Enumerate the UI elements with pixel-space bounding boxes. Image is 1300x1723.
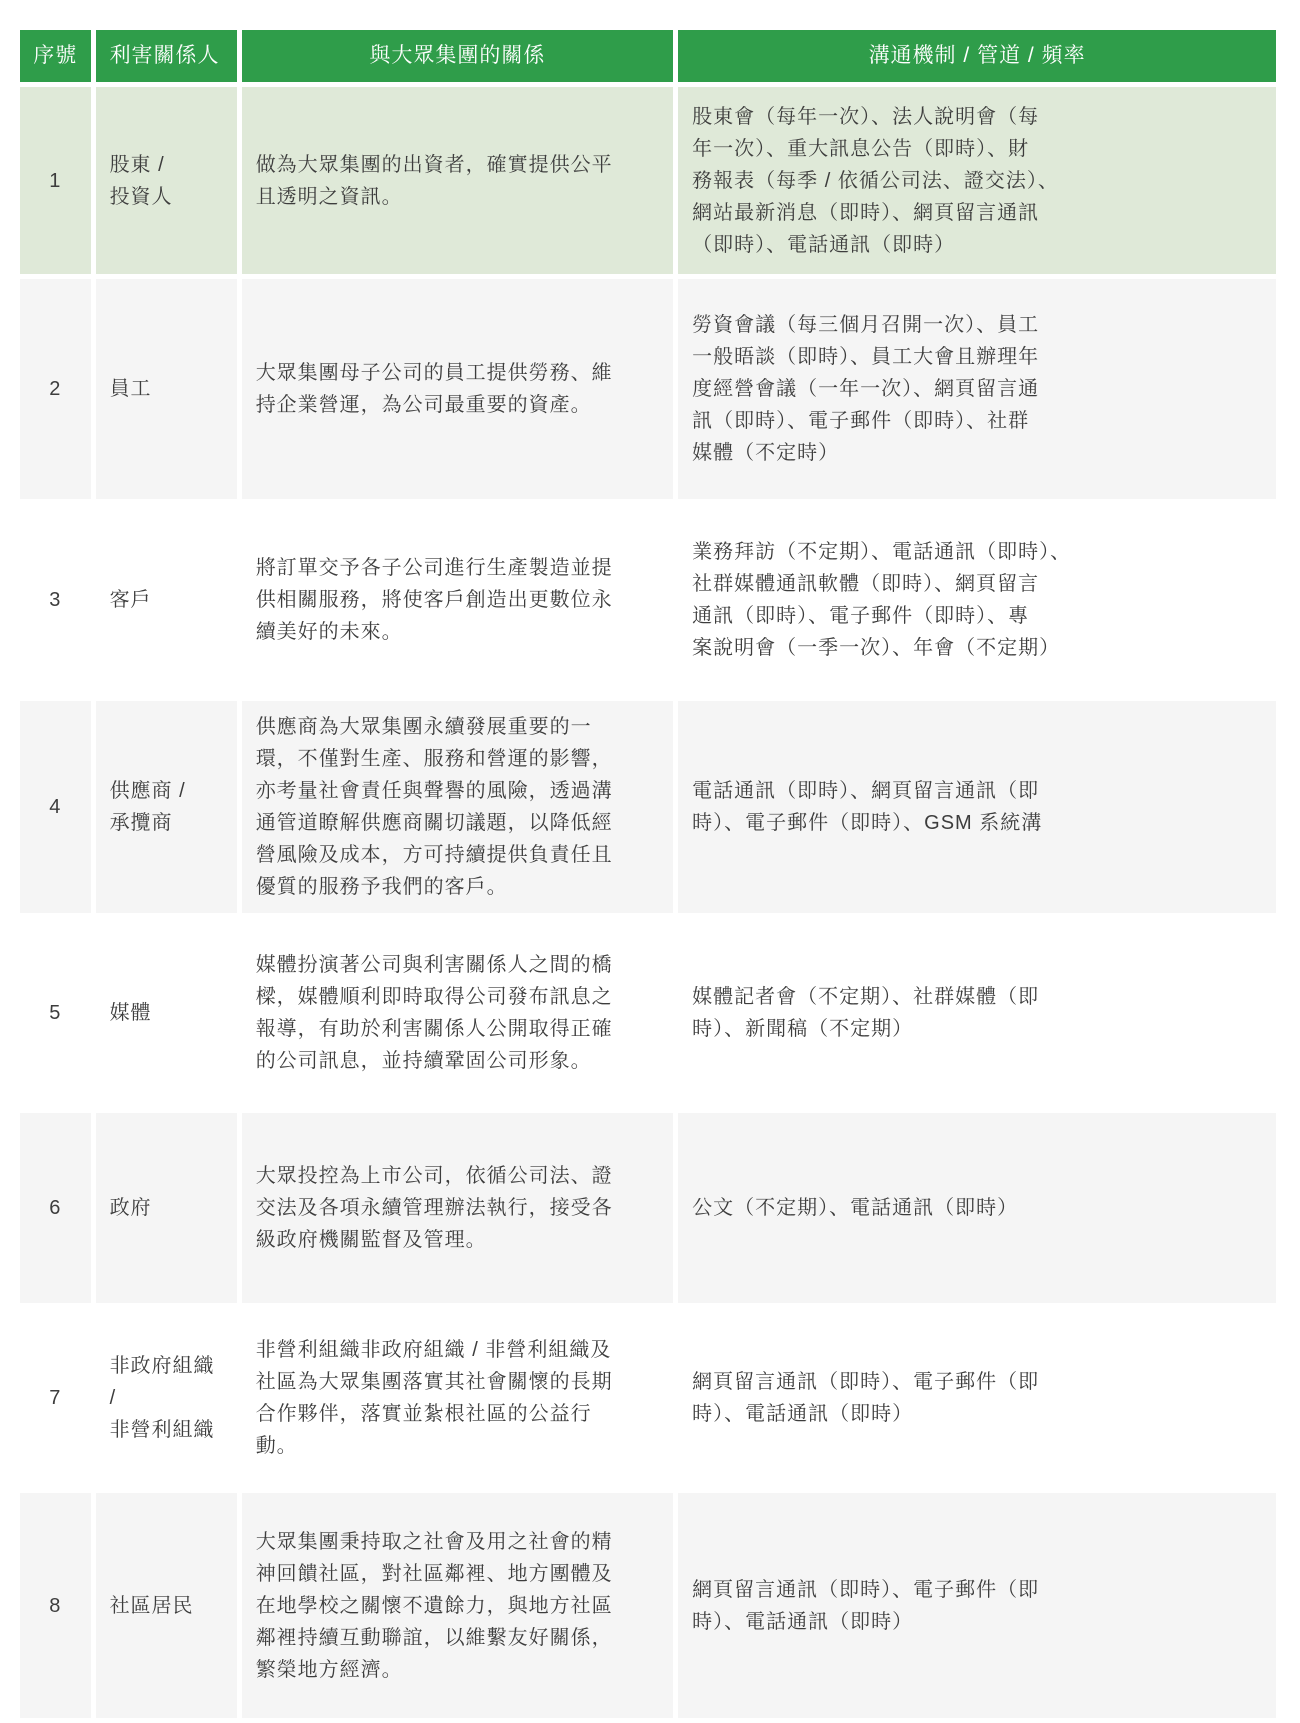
row-stakeholder: 非政府組織 / 非營利組織 xyxy=(96,1308,237,1488)
row-channels: 網頁留言通訊（即時）、電子郵件（即 時）、電話通訊（即時） xyxy=(678,1493,1276,1718)
row-relationship: 大眾集團秉持取之社會及用之社會的精 神回饋社區，對社區鄰裡、地方團體及 在地學校… xyxy=(242,1493,673,1718)
row-channels: 網頁留言通訊（即時）、電子郵件（即 時）、電話通訊（即時） xyxy=(678,1308,1276,1488)
row-relationship: 將訂單交予各子公司進行生產製造並提 供相關服務，將使客戶創造出更數位永 續美好的… xyxy=(242,504,673,696)
row-channels: 媒體記者會（不定期）、社群媒體（即 時）、新聞稿（不定期） xyxy=(678,918,1276,1108)
table-row: 3 客戶 將訂單交予各子公司進行生產製造並提 供相關服務，將使客戶創造出更數位永… xyxy=(20,504,1276,696)
row-relationship: 大眾投控為上市公司，依循公司法、證 交法及各項永續管理辦法執行，接受各 級政府機… xyxy=(242,1113,673,1303)
table-row: 7 非政府組織 / 非營利組織 非營利組織非政府組織 / 非營利組織及 社區為大… xyxy=(20,1308,1276,1488)
table-header-row: 序號 利害關係人 與大眾集團的關係 溝通機制 / 管道 / 頻率 xyxy=(20,30,1276,82)
row-relationship: 大眾集團母子公司的員工提供勞務、維 持企業營運，為公司最重要的資產。 xyxy=(242,279,673,499)
row-relationship: 媒體扮演著公司與利害關係人之間的橋 樑，媒體順利即時取得公司發布訊息之 報導，有… xyxy=(242,918,673,1108)
row-relationship: 非營利組織非政府組織 / 非營利組織及 社區為大眾集團落實其社會關懷的長期 合作… xyxy=(242,1308,673,1488)
row-serial: 5 xyxy=(20,918,91,1108)
table-row: 8 社區居民 大眾集團秉持取之社會及用之社會的精 神回饋社區，對社區鄰裡、地方團… xyxy=(20,1493,1276,1718)
header-channels: 溝通機制 / 管道 / 頻率 xyxy=(678,30,1276,82)
row-serial: 2 xyxy=(20,279,91,499)
table-row: 5 媒體 媒體扮演著公司與利害關係人之間的橋 樑，媒體順利即時取得公司發布訊息之… xyxy=(20,918,1276,1108)
row-serial: 3 xyxy=(20,504,91,696)
row-stakeholder: 員工 xyxy=(96,279,237,499)
row-serial: 8 xyxy=(20,1493,91,1718)
row-relationship: 做為大眾集團的出資者，確實提供公平 且透明之資訊。 xyxy=(242,87,673,274)
row-channels: 股東會（每年一次）、法人說明會（每 年一次）、重大訊息公告（即時）、財 務報表（… xyxy=(678,87,1276,274)
table-row: 1 股東 / 投資人 做為大眾集團的出資者，確實提供公平 且透明之資訊。 股東會… xyxy=(20,87,1276,274)
row-channels: 公文（不定期）、電話通訊（即時） xyxy=(678,1113,1276,1303)
table-row: 4 供應商 / 承攬商 供應商為大眾集團永續發展重要的一 環，不僅對生產、服務和… xyxy=(20,701,1276,913)
table-row: 2 員工 大眾集團母子公司的員工提供勞務、維 持企業營運，為公司最重要的資產。 … xyxy=(20,279,1276,499)
page: 序號 利害關係人 與大眾集團的關係 溝通機制 / 管道 / 頻率 1 股東 / … xyxy=(0,0,1300,1720)
row-relationship: 供應商為大眾集團永續發展重要的一 環，不僅對生產、服務和營運的影響， 亦考量社會… xyxy=(242,701,673,913)
header-serial: 序號 xyxy=(20,30,91,82)
row-stakeholder: 政府 xyxy=(96,1113,237,1303)
row-serial: 7 xyxy=(20,1308,91,1488)
row-serial: 4 xyxy=(20,701,91,913)
stakeholder-table: 序號 利害關係人 與大眾集團的關係 溝通機制 / 管道 / 頻率 1 股東 / … xyxy=(15,25,1281,1723)
row-serial: 1 xyxy=(20,87,91,274)
table-row: 6 政府 大眾投控為上市公司，依循公司法、證 交法及各項永續管理辦法執行，接受各… xyxy=(20,1113,1276,1303)
row-serial: 6 xyxy=(20,1113,91,1303)
row-stakeholder: 供應商 / 承攬商 xyxy=(96,701,237,913)
row-channels: 勞資會議（每三個月召開一次）、員工 一般晤談（即時）、員工大會且辦理年 度經營會… xyxy=(678,279,1276,499)
row-stakeholder: 客戶 xyxy=(96,504,237,696)
row-stakeholder: 股東 / 投資人 xyxy=(96,87,237,274)
row-stakeholder: 媒體 xyxy=(96,918,237,1108)
header-stakeholder: 利害關係人 xyxy=(96,30,237,82)
row-stakeholder: 社區居民 xyxy=(96,1493,237,1718)
header-relationship: 與大眾集團的關係 xyxy=(242,30,673,82)
row-channels: 電話通訊（即時）、網頁留言通訊（即 時）、電子郵件（即時）、GSM 系統溝 xyxy=(678,701,1276,913)
row-channels: 業務拜訪（不定期）、電話通訊（即時）、 社群媒體通訊軟體（即時）、網頁留言 通訊… xyxy=(678,504,1276,696)
